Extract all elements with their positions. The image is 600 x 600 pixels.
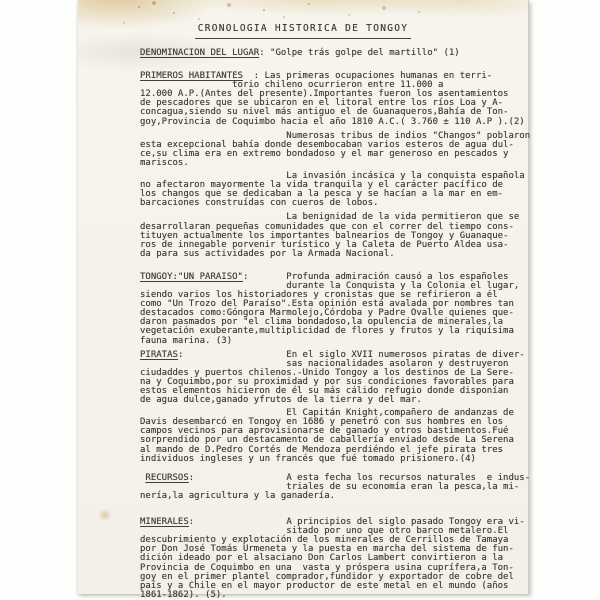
- paper-sheet: CRONOLOGIA HISTORICA DE TONGOY DENOMINAC…: [78, 0, 529, 594]
- section-primeros-habitantes: PRIMEROS HABITANTES : Las primeras ocupa…: [140, 72, 524, 127]
- section-denominacion-del-lugar: DENOMINACION DEL LUGAR: "Golpe trás golp…: [140, 49, 524, 58]
- section-parrafo-benignidad: La benignidad de la vida permitieron que…: [140, 213, 524, 258]
- text-line: goy,Provincia de Coquimbo hacia el año 1…: [140, 118, 524, 127]
- text-line: mariscos.: [140, 159, 524, 168]
- section-parrafo-changos: Numerosas tribus de indios "Changos" pob…: [140, 132, 524, 168]
- text-line: fauna marina. (3): [140, 337, 524, 346]
- text-line: ce,su clima era en extremo bondadoso y e…: [140, 150, 524, 159]
- section-parrafo-invasion: La invasión incásica y la conquista espa…: [140, 172, 524, 208]
- document-body: DENOMINACION DEL LUGAR: "Golpe trás golp…: [140, 49, 528, 600]
- text-line: nería,la agricultura y la ganadería.: [140, 492, 524, 501]
- section-recursos: RECURSOS: A esta fecha los recursos natu…: [140, 474, 524, 501]
- document-title: CRONOLOGIA HISTORICA DE TONGOY: [78, 0, 528, 39]
- text-line: DENOMINACION DEL LUGAR: "Golpe trás golp…: [140, 49, 524, 58]
- text-line: da para sus actividades por la Armada Na…: [140, 250, 524, 259]
- section-minerales: MINERALES: A principios del siglo pasado…: [140, 518, 524, 600]
- section-piratas: PIRATAS: En el siglo XVII numerosos pira…: [140, 351, 524, 406]
- text-line: barcaciones construídas con cueros de lo…: [140, 199, 524, 208]
- section-tongoy-un-paraiso: TONGOY:"UN PARAISO": Profunda admiración…: [140, 273, 524, 346]
- scanned-page-background: CRONOLOGIA HISTORICA DE TONGOY DENOMINAC…: [0, 0, 600, 600]
- page-title: CRONOLOGIA HISTORICA DE TONGOY: [195, 23, 412, 39]
- section-capitan-knight: El Capitán Knight,compañero de andanzas …: [140, 409, 524, 464]
- text-line: de agua dulce,ganado yfrutos de la tierr…: [140, 396, 524, 405]
- text-line: individuos ingleses y un francés que fué…: [140, 455, 524, 464]
- text-line: 1861-1862). (5).: [140, 591, 524, 600]
